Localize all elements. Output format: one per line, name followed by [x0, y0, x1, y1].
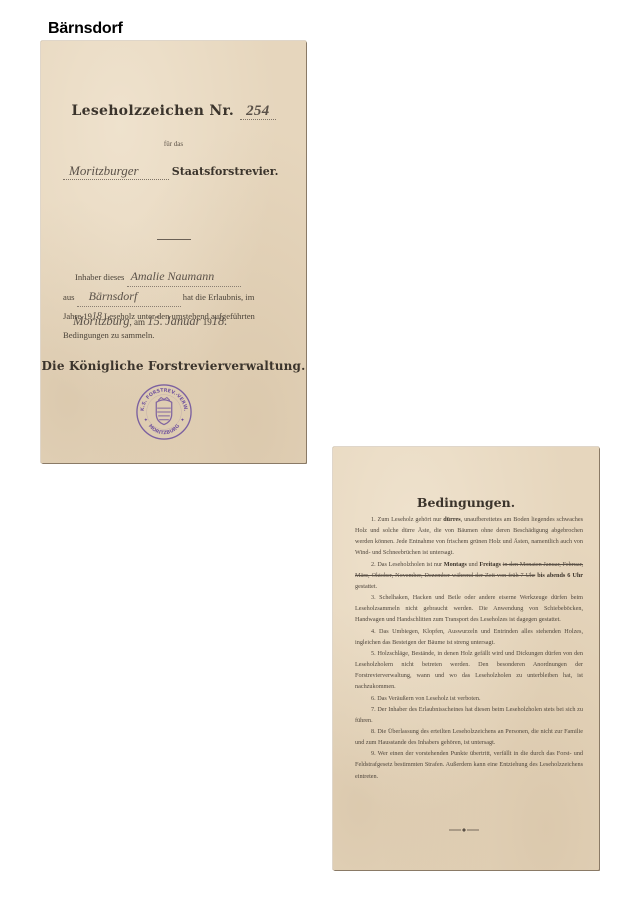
- svg-text:MORITZBURG: MORITZBURG: [147, 423, 181, 436]
- condition-item: 3. Schelhaken, Hacken und Beile oder and…: [355, 592, 583, 625]
- svg-text:✦: ✦: [144, 418, 148, 424]
- condition-text: Wer einen der vorstehenden Punkte übertr…: [355, 750, 583, 779]
- ornament-divider-icon: [449, 827, 479, 833]
- official-stamp: K.S. FORSTREV.-VERW. MORITZBURG ✦ ✦: [135, 383, 193, 441]
- condition-item: 8. Die Überlassung des erteilten Lesehol…: [355, 726, 583, 748]
- fuer-das-label: für das: [41, 140, 306, 148]
- condition-text: Holzschläge, Bestände, in denen Holz gef…: [355, 650, 583, 690]
- holder-label: Inhaber dieses: [75, 272, 124, 282]
- condition-text-bold: Freitags: [479, 561, 501, 568]
- condition-text: Die Überlassung des erteilten Leseholzze…: [355, 728, 583, 746]
- condition-item: 5. Holzschläge, Bestände, in denen Holz …: [355, 648, 583, 693]
- condition-item: 9. Wer einen der vorstehenden Punkte übe…: [355, 748, 583, 781]
- issue-year-suffix: 18.: [212, 314, 228, 328]
- condition-text-bold: Montags: [444, 561, 467, 568]
- condition-number: 3.: [371, 594, 379, 601]
- conditions-title: Bedingungen.: [333, 495, 599, 510]
- from-place: Bärnsdorf: [77, 287, 181, 307]
- condition-text: Das Umbiegen, Klopfen, Auswurzeln und En…: [355, 628, 583, 646]
- permission-text: hat die Erlaubnis, im: [183, 292, 255, 302]
- issuing-authority: Die Königliche Forstrevierverwaltung.: [41, 359, 306, 373]
- page-heading: Bärnsdorf: [48, 20, 123, 38]
- condition-text: Das Veräußern von Leseholz ist verboten.: [377, 695, 480, 702]
- condition-text: Der Inhaber des Erlaubnisscheines hat di…: [355, 706, 583, 724]
- condition-text: Schelhaken, Hacken und Beile oder andere…: [355, 594, 583, 623]
- condition-text-bold: dürres: [443, 516, 460, 523]
- condition-number: 4.: [371, 628, 379, 635]
- divider-rule: [157, 239, 191, 240]
- condition-number: 9.: [371, 750, 378, 757]
- revier-line: Moritzburger Staatsforstrevier.: [63, 163, 296, 180]
- condition-text: und: [467, 561, 480, 568]
- condition-item: 6. Das Veräußern von Leseholz ist verbot…: [355, 693, 583, 704]
- condition-item: 7. Der Inhaber des Erlaubnisscheines hat…: [355, 704, 583, 726]
- issue-place: Moritzburg: [73, 314, 130, 328]
- permit-body: Inhaber dieses Amalie Naumann aus Bärnsd…: [63, 267, 288, 345]
- permit-title-label: Leseholzzeichen Nr.: [71, 103, 234, 119]
- svg-text:✦: ✦: [180, 418, 184, 424]
- condition-text: Das Leseholzholen ist nur: [377, 561, 443, 568]
- issue-month: Januar: [165, 314, 200, 328]
- date-connector: , am: [130, 317, 146, 327]
- condition-text-bold: bis abends 6 Uhr: [537, 572, 583, 579]
- coat-of-arms-icon: [156, 398, 171, 425]
- conditions-list: 1. Zum Leseholz gehört nur dürres, unauf…: [355, 514, 583, 782]
- revier-printed: Staatsforstrevier.: [172, 165, 279, 178]
- condition-item: 2. Das Leseholzholen ist nur Montags und…: [355, 559, 583, 592]
- revier-handwritten: Moritzburger: [63, 163, 169, 180]
- from-label: aus: [63, 292, 74, 302]
- condition-item: 4. Das Umbiegen, Klopfen, Auswurzeln und…: [355, 626, 583, 648]
- issue-year-prefix: 19: [203, 317, 212, 327]
- permit-title: Leseholzzeichen Nr.254: [41, 103, 306, 120]
- stamp-bottom-text: MORITZBURG: [147, 423, 181, 436]
- issue-day: 15.: [147, 314, 163, 328]
- issue-date-line: Moritzburg, am 15. Januar 1918.: [73, 314, 292, 329]
- condition-text: gestattet.: [355, 583, 377, 590]
- condition-item: 1. Zum Leseholz gehört nur dürres, unauf…: [355, 514, 583, 559]
- condition-text: Zum Leseholz gehört nur: [378, 516, 444, 523]
- permission-line-3: Bedingungen zu sammeln.: [63, 330, 154, 340]
- permit-number: 254: [240, 103, 275, 120]
- holder-name: Amalie Naumann: [127, 267, 241, 287]
